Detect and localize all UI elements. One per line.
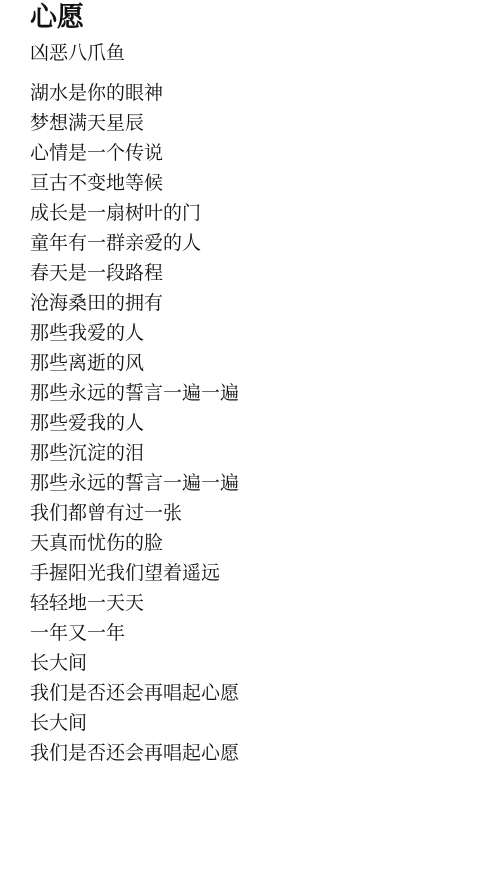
song-title: 心愿 bbox=[30, 1, 84, 35]
lyric-line: 我们是否还会再唱起心愿 bbox=[30, 678, 239, 708]
lyric-line: 湖水是你的眼神 bbox=[30, 78, 239, 108]
lyric-line: 一年又一年 bbox=[30, 618, 239, 648]
lyrics-list: 湖水是你的眼神 梦想满天星辰 心情是一个传说 亘古不变地等候 成长是一扇树叶的门… bbox=[30, 78, 239, 768]
lyric-line: 梦想满天星辰 bbox=[30, 108, 239, 138]
lyric-line: 天真而忧伤的脸 bbox=[30, 528, 239, 558]
lyric-line: 那些沉淀的泪 bbox=[30, 438, 239, 468]
lyric-line: 那些爱我的人 bbox=[30, 408, 239, 438]
lyric-line: 那些离逝的风 bbox=[30, 348, 239, 378]
song-artist: 凶恶八爪鱼 bbox=[30, 39, 125, 67]
lyric-line: 轻轻地一天天 bbox=[30, 588, 239, 618]
lyric-line: 长大间 bbox=[30, 648, 239, 678]
lyric-line: 手握阳光我们望着遥远 bbox=[30, 558, 239, 588]
lyric-line: 那些永远的誓言一遍一遍 bbox=[30, 378, 239, 408]
lyric-line: 那些永远的誓言一遍一遍 bbox=[30, 468, 239, 498]
lyric-line: 春天是一段路程 bbox=[30, 258, 239, 288]
lyric-line: 长大间 bbox=[30, 708, 239, 738]
lyric-line: 成长是一扇树叶的门 bbox=[30, 198, 239, 228]
lyric-line: 我们都曾有过一张 bbox=[30, 498, 239, 528]
lyric-line: 心情是一个传说 bbox=[30, 138, 239, 168]
lyric-line: 那些我爱的人 bbox=[30, 318, 239, 348]
lyric-line: 亘古不变地等候 bbox=[30, 168, 239, 198]
lyric-line: 沧海桑田的拥有 bbox=[30, 288, 239, 318]
lyric-line: 童年有一群亲爱的人 bbox=[30, 228, 239, 258]
lyric-line: 我们是否还会再唱起心愿 bbox=[30, 738, 239, 768]
